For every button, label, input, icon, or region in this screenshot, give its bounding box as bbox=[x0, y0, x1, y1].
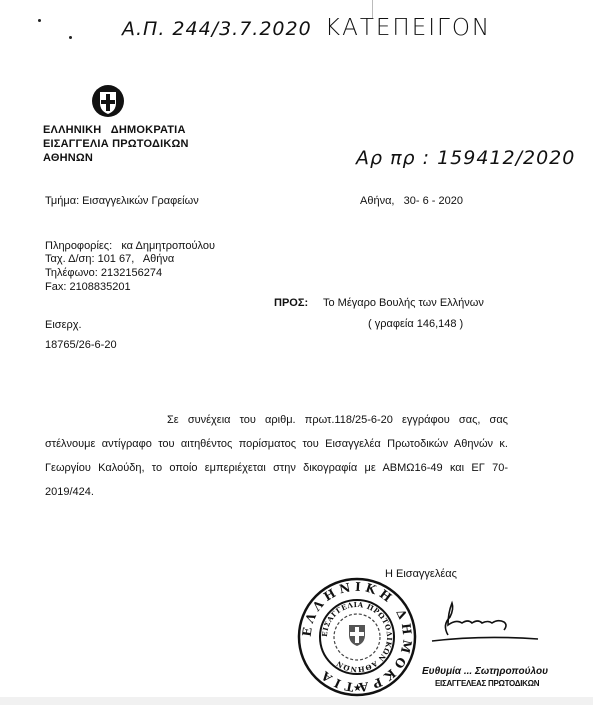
contact-phone: Τηλέφωνο: 2132156274 bbox=[45, 266, 162, 280]
letter-body: Σε συνέχεια του αριθμ. πρωτ.118/25-6-20 … bbox=[45, 408, 508, 504]
signatory-role: ΕΙΣΑΓΓΕΛΕΑΣ ΠΡΩΤΟΔΙΚΩΝ bbox=[435, 677, 539, 691]
official-stamp: ΕΛΛΗΝΙΚΗ ΔΗΜΟΚΡΑΤΙΑ ΕΙΣΑΓΓΕΛΙΑ ΠΡΩΤΟΔΙΚΩ… bbox=[297, 575, 417, 700]
recipient-label: ΠΡΟΣ: bbox=[274, 296, 308, 310]
recipient-offices: ( γραφεία 146,148 ) bbox=[368, 317, 463, 331]
greek-coat-of-arms-icon bbox=[91, 84, 125, 118]
letterhead-country: ΕΛΛΗΝΙΚΗ ΔΗΜΟΚΡΑΤΙΑ bbox=[43, 123, 186, 137]
place-date: Αθήνα, 30- 6 - 2020 bbox=[360, 194, 463, 208]
handwritten-urgent-note: ΚΑΤΕΠΕΙΓΟΝ bbox=[325, 15, 491, 41]
letterhead-city: ΑΘΗΝΩΝ bbox=[43, 151, 93, 165]
svg-text:★: ★ bbox=[353, 683, 362, 694]
letterhead-office: ΕΙΣΑΓΓΕΛΙΑ ΠΡΩΤΟΔΙΚΩΝ bbox=[43, 137, 189, 151]
handwritten-protocol-note: Α.Π. 244/3.7.2020 bbox=[122, 18, 312, 40]
department-label: Τμήμα: Εισαγγελικών Γραφείων bbox=[45, 194, 199, 208]
scan-bottom-edge bbox=[0, 697, 593, 705]
handwritten-reference-number: Αρ πρ : 159412/2020 bbox=[356, 147, 575, 169]
recipient-name: Το Μέγαρο Βουλής των Ελλήνων bbox=[323, 296, 484, 310]
incoming-number: 18765/26-6-20 bbox=[45, 338, 117, 352]
handwritten-signature bbox=[430, 600, 540, 645]
scan-speck bbox=[69, 36, 72, 39]
scan-speck bbox=[38, 19, 41, 22]
contact-fax: Fax: 2108835201 bbox=[45, 280, 131, 294]
contact-postal: Ταχ. Δ/ση: 101 67, Αθήνα bbox=[45, 252, 174, 266]
contact-info: Πληροφορίες: κα Δημητροπούλου bbox=[45, 239, 215, 253]
incoming-label: Εισερχ. bbox=[45, 318, 82, 332]
